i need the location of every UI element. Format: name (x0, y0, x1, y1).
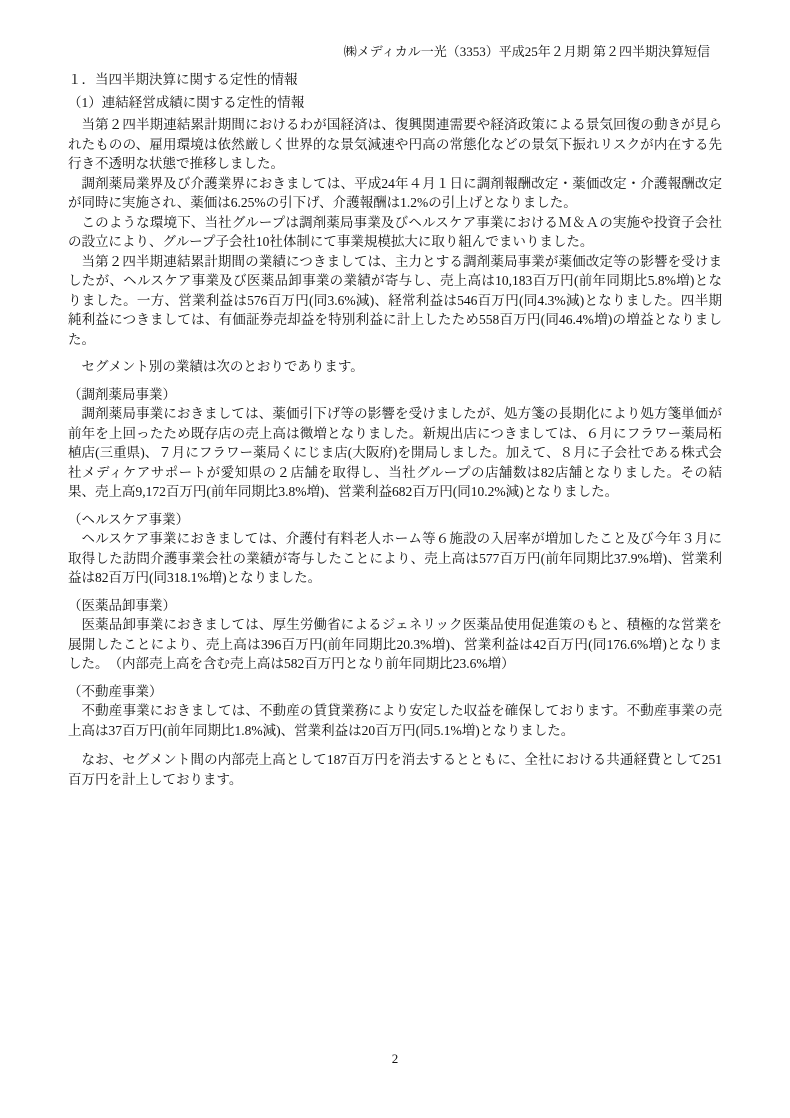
document-page: ㈱メディカル一光（3353）平成25年２月期 第２四半期決算短信 １．当四半期決… (0, 0, 790, 1118)
page-number: 2 (0, 1051, 790, 1067)
subsection-title: （1）連結経営成績に関する定性的情報 (68, 93, 722, 113)
segment-text-drug-wholesale: 医薬品卸事業におきましては、厚生労働省によるジェネリック医薬品使用促進策のもと、… (68, 615, 722, 674)
document-header: ㈱メディカル一光（3353）平成25年２月期 第２四半期決算短信 (68, 44, 710, 60)
segment-heading-pharmacy: （調剤薬局事業） (68, 385, 722, 405)
segment-heading-drug-wholesale: （医薬品卸事業） (68, 596, 722, 616)
segment-intro-line: セグメント別の業績は次のとおりであります。 (68, 357, 722, 377)
closing-paragraph: なお、セグメント間の内部売上高として187百万円を消去するとともに、全社における… (68, 750, 722, 789)
document-body: １．当四半期決算に関する定性的情報 （1）連結経営成績に関する定性的情報 当第２… (68, 70, 722, 789)
segment-heading-healthcare: （ヘルスケア事業） (68, 510, 722, 530)
segment-text-healthcare: ヘルスケア事業におきましては、介護付有料老人ホーム等６施設の入居率が増加したこと… (68, 529, 722, 588)
segment-heading-real-estate: （不動産事業） (68, 682, 722, 702)
paragraph-economy-overview: 当第２四半期連結累計期間におけるわが国経済は、復興関連需要や経済政策による景気回… (68, 115, 722, 174)
paragraph-industry-revision: 調剤薬局業界及び介護業界におきましては、平成24年４月１日に調剤報酬改定・薬価改… (68, 174, 722, 213)
paragraph-group-strategy: このような環境下、当社グループは調剤薬局事業及びヘルスケア事業におけるＭ＆Ａの実… (68, 213, 722, 252)
section-title: １．当四半期決算に関する定性的情報 (68, 70, 722, 90)
segment-text-pharmacy: 調剤薬局事業におきましては、薬価引下げ等の影響を受けましたが、処方箋の長期化によ… (68, 404, 722, 502)
segment-text-real-estate: 不動産事業におきましては、不動産の賃貸業務により安定した収益を確保しております。… (68, 701, 722, 740)
paragraph-consolidated-results: 当第２四半期連結累計期間の業績につきましては、主力とする調剤薬局事業が薬価改定等… (68, 252, 722, 350)
